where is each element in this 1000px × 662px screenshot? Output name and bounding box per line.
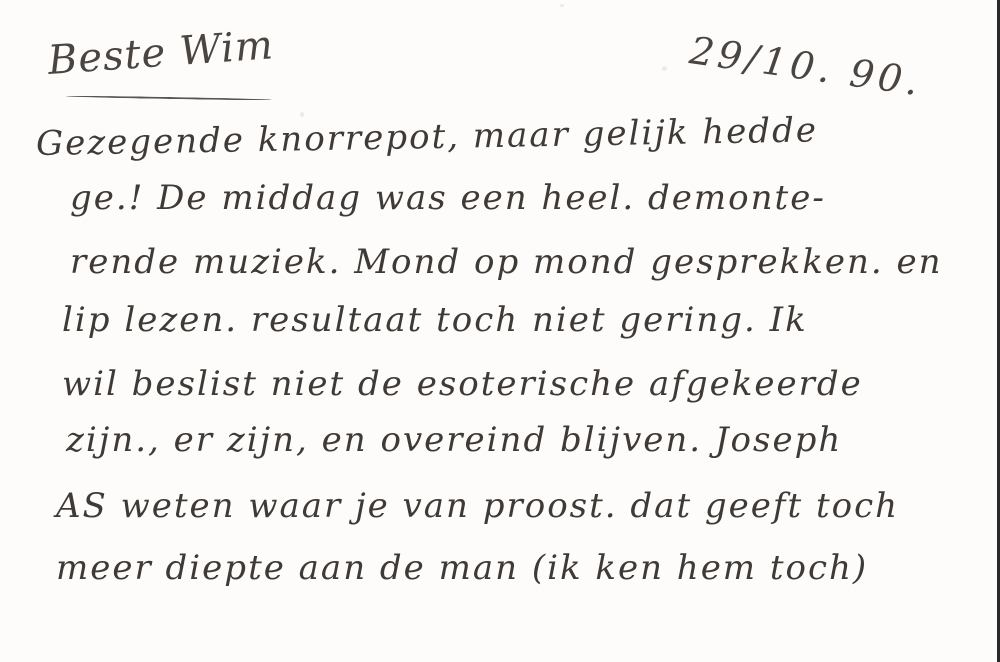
- paper-speck: [560, 4, 564, 7]
- letter-line-6: zijn., er zijn, en overeind blijven. Jos…: [66, 420, 842, 460]
- letter-line-7: AS weten waar je van proost. dat geeft t…: [56, 486, 899, 526]
- scanned-letter-page: Beste Wim 29/10. 90. Gezegende knorrepot…: [0, 0, 1000, 662]
- paper-speck: [300, 112, 304, 117]
- letter-line-5: wil beslist niet de esoterische afgekeer…: [62, 364, 863, 404]
- letter-date: 29/10. 90.: [687, 28, 925, 104]
- letter-line-1: Gezegende knorrepot, maar gelijk hedde: [36, 110, 819, 164]
- letter-line-2: ge.! De middag was een heel. demonte-: [70, 178, 826, 218]
- paper-speck: [662, 66, 667, 71]
- salutation-underline: [66, 95, 272, 101]
- letter-line-8: meer diepte aan de man (ik ken hem toch): [56, 548, 868, 588]
- letter-line-3: rende muziek. Mond op mond gesprekken. e…: [70, 242, 943, 282]
- salutation: Beste Wim: [46, 22, 275, 84]
- letter-line-4: lip lezen. resultaat toch niet gering. I…: [62, 300, 808, 340]
